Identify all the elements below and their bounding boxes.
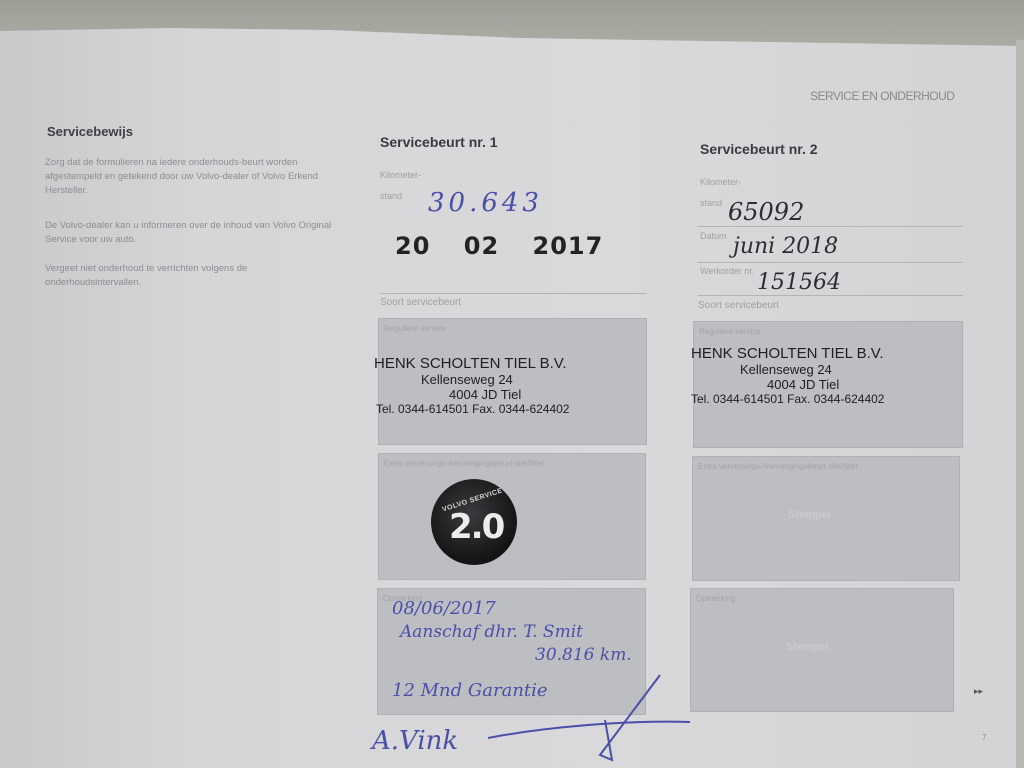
divider — [698, 295, 963, 296]
stamp-watermark: Stempel — [786, 641, 829, 653]
service-2-mileage-value: 65092 — [728, 198, 804, 226]
service-2-mileage-label: Kilometer- — [700, 177, 741, 187]
service-2-remarks-box: Opmerking Stempel — [690, 588, 954, 712]
service-2-dealer-stamp: HENK SCHOLTEN TIEL B.V. Kellenseweg 24 4… — [691, 345, 884, 406]
continue-arrow-icon: ▸▸ — [974, 686, 983, 697]
dealer-phone: Tel. 0344-614501 Fax. 0344-624402 — [691, 392, 884, 406]
service-2-workorder-label: Werkorder nr. — [700, 266, 754, 276]
dealer-street: Kellenseweg 24 — [740, 362, 884, 377]
page-number: 7 — [982, 733, 986, 742]
service-2-extra-label: Extra verversings-/vervangingsbeurt olie… — [698, 462, 858, 471]
service-2-extra-box: Extra verversings-/vervangingsbeurt olie… — [692, 456, 960, 581]
divider — [698, 226, 963, 227]
stamp-watermark: Stempel — [788, 509, 831, 521]
service-2-title: Servicebeurt nr. 2 — [700, 141, 818, 157]
service-2-date-label: Datum — [700, 231, 727, 241]
service-2-mileage-label-2: stand — [700, 198, 722, 208]
dealer-city: 4004 JD Tiel — [767, 377, 884, 392]
service-2-type-label: Soort servicebeurt — [698, 300, 779, 311]
service-2-date-value: juni 2018 — [733, 234, 838, 259]
service-2-workorder-value: 151564 — [757, 270, 841, 295]
divider — [698, 262, 963, 263]
dealer-name: HENK SCHOLTEN TIEL B.V. — [691, 345, 884, 362]
service-2-regular-label: Reguliere service — [699, 327, 761, 336]
service-2-remarks-label: Opmerking — [696, 594, 735, 603]
